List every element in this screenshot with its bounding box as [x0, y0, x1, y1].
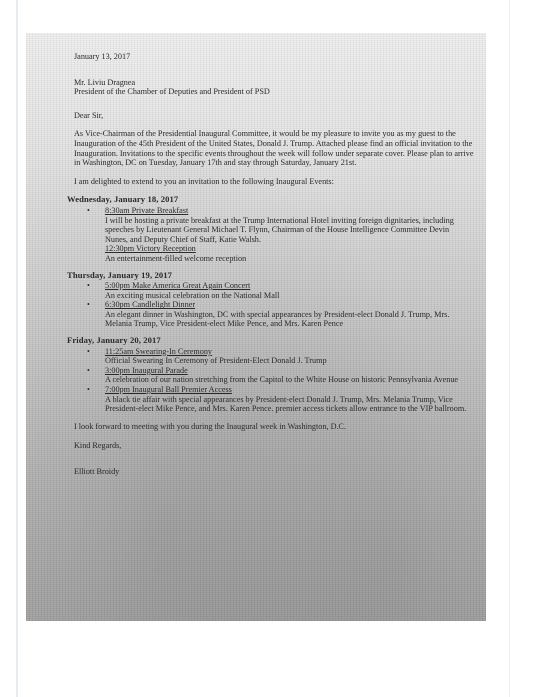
event-title: 11:25am Swearing-In Ceremony	[105, 347, 474, 357]
event-item: • 8:30am Private Breakfast I will be hos…	[105, 206, 474, 264]
day-section-friday: Friday, January 20, 2017 • 11:25am Swear…	[74, 336, 474, 414]
event-item: • 6:30pm Candlelight Dinner An elegant d…	[105, 300, 474, 329]
bullet-icon: •	[87, 366, 90, 376]
salutation: Dear Sir,	[74, 111, 474, 121]
event-item: • 5:00pm Make America Great Again Concer…	[105, 281, 474, 300]
bullet-icon: •	[87, 347, 90, 357]
event-description: A celebration of our nation stretching f…	[105, 375, 474, 385]
event-title: 3:00pm Inaugural Parade	[105, 366, 474, 376]
event-title: 5:00pm Make America Great Again Concert	[105, 281, 474, 291]
events-intro: I am delighted to extend to you an invit…	[74, 177, 474, 187]
event-list: • 8:30am Private Breakfast I will be hos…	[74, 206, 474, 264]
day-section-wednesday: Wednesday, January 18, 2017 • 8:30am Pri…	[74, 195, 474, 263]
day-title: Friday, January 20, 2017	[67, 336, 474, 346]
event-title: 8:30am Private Breakfast	[105, 206, 474, 216]
recipient-name: Mr. Liviu Dragnea	[74, 78, 474, 88]
event-title: 7:00pm Inaugural Ball Premier Access	[105, 385, 474, 395]
event-description: A black tie affair with special appearan…	[105, 395, 474, 414]
event-description: Official Swearing In Ceremony of Preside…	[105, 356, 474, 366]
signature-name: Elliott Broidy	[74, 467, 474, 477]
event-title: 12:30pm Victory Reception	[105, 244, 474, 254]
day-title: Wednesday, January 18, 2017	[67, 195, 474, 205]
event-item: • 3:00pm Inaugural Parade A celebration …	[105, 366, 474, 385]
recipient-block: Mr. Liviu Dragnea President of the Chamb…	[74, 78, 474, 97]
event-description: An entertainment-filled welcome receptio…	[105, 254, 474, 264]
event-description: An elegant dinner in Washington, DC with…	[105, 310, 474, 329]
day-section-thursday: Thursday, January 19, 2017 • 5:00pm Make…	[74, 271, 474, 330]
scanner-right-edge	[509, 0, 510, 697]
event-list: • 11:25am Swearing-In Ceremony Official …	[74, 347, 474, 414]
bullet-icon: •	[87, 300, 90, 310]
letter-document: January 13, 2017 Mr. Liviu Dragnea Presi…	[74, 52, 474, 477]
bullet-icon: •	[87, 206, 90, 216]
event-description: I will be hosting a private breakfast at…	[105, 216, 474, 245]
day-title: Thursday, January 19, 2017	[67, 271, 474, 281]
scanner-left-edge	[16, 0, 18, 697]
recipient-title: President of the Chamber of Deputies and…	[74, 87, 474, 97]
closing-line: I look forward to meeting with you durin…	[74, 422, 474, 432]
bullet-icon: •	[87, 281, 90, 291]
event-item: • 7:00pm Inaugural Ball Premier Access A…	[105, 385, 474, 414]
body-paragraph: As Vice-Chairman of the Presidential Ina…	[74, 129, 474, 167]
event-list: • 5:00pm Make America Great Again Concer…	[74, 281, 474, 329]
event-item: • 11:25am Swearing-In Ceremony Official …	[105, 347, 474, 366]
event-title: 6:30pm Candlelight Dinner	[105, 300, 474, 310]
event-description: An exciting musical celebration on the N…	[105, 291, 474, 301]
letter-date: January 13, 2017	[74, 52, 474, 62]
bullet-icon: •	[87, 385, 90, 395]
signoff: Kind Regards,	[74, 441, 474, 451]
